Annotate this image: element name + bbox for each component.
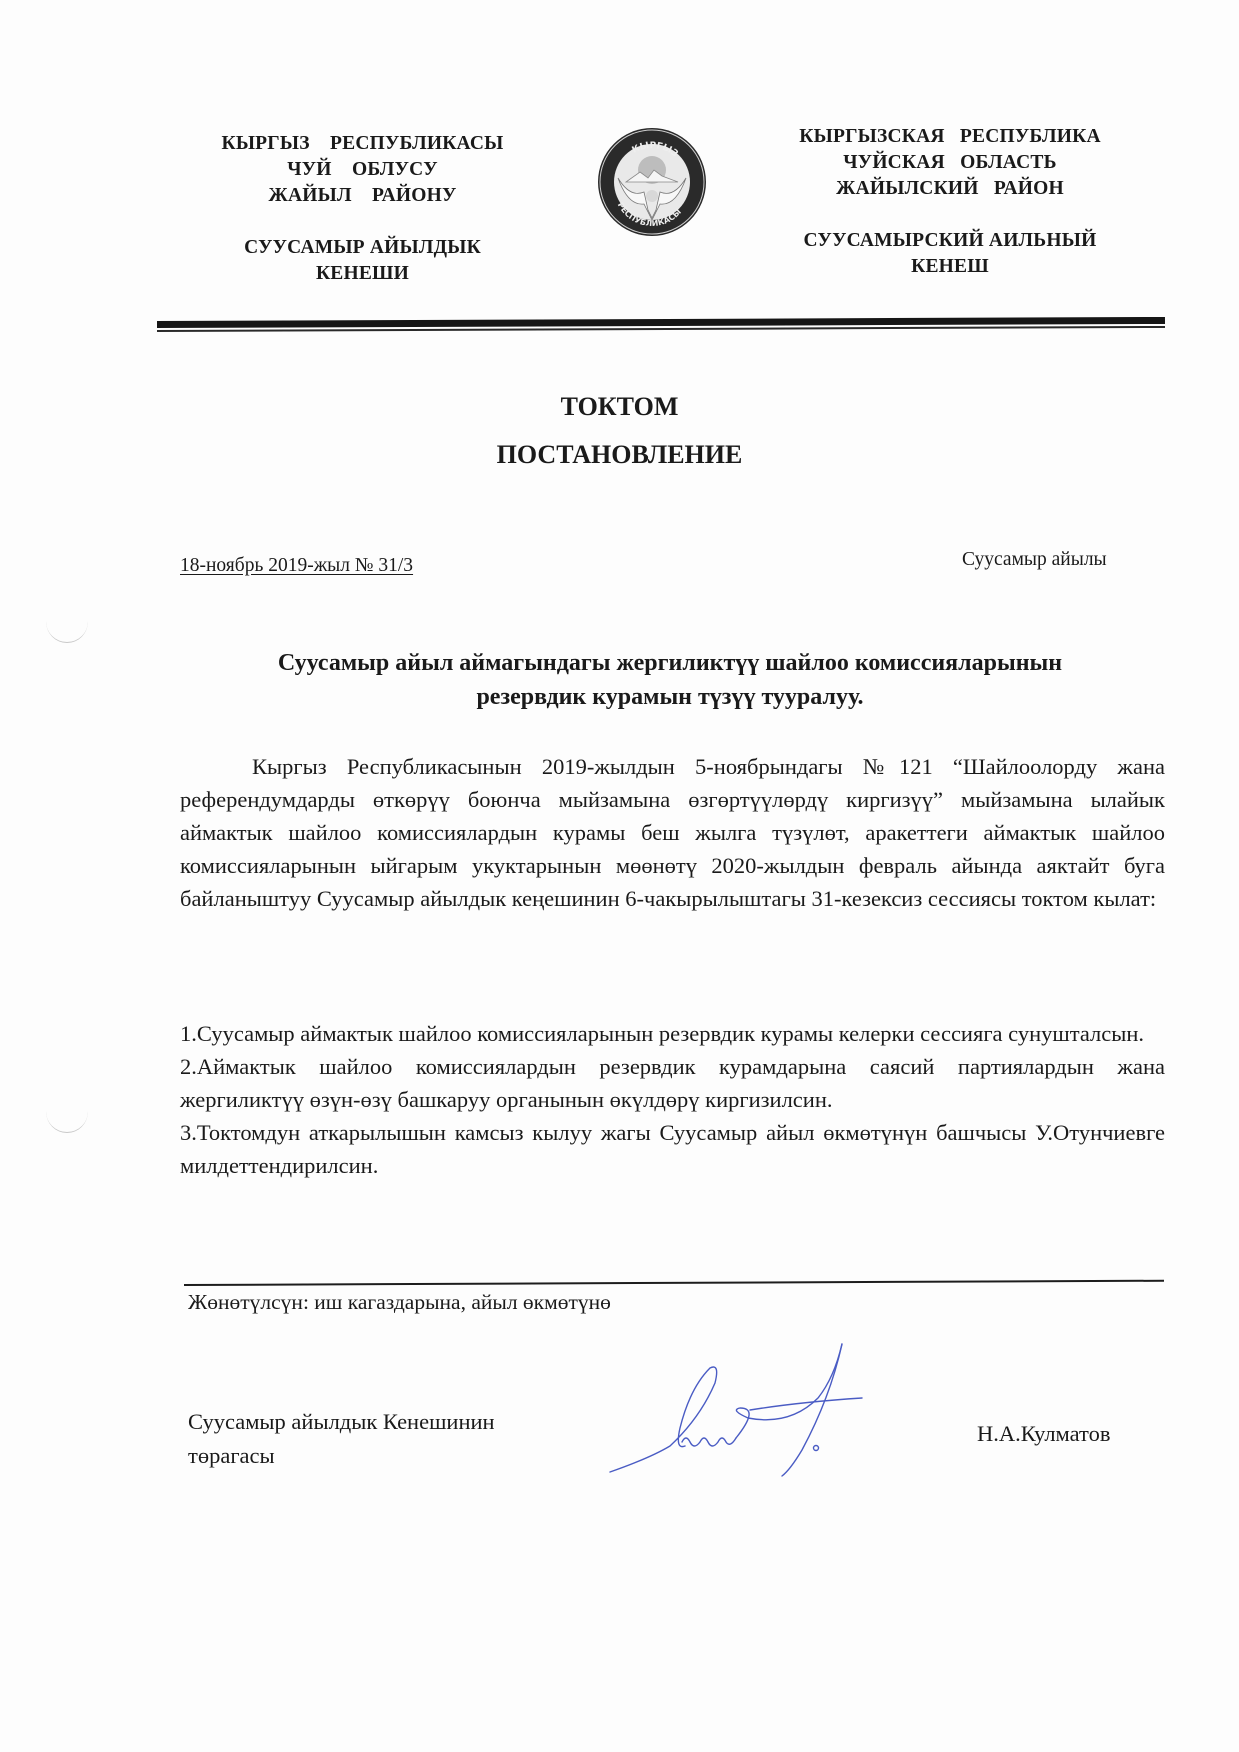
state-emblem-icon: КЫРГЫЗ РЕСПУБЛИКАСЫ [596, 126, 708, 238]
handwritten-signature-icon [590, 1338, 880, 1478]
place: Суусамыр айылы [962, 549, 1107, 571]
resolution-item-3: 3.Токтомдун аткарылышын камсыз кылуу жаг… [180, 1116, 1165, 1182]
header-russian: КЫРГЫЗСКАЯ РЕСПУБЛИКА ЧУЙСКАЯ ОБЛАСТЬ ЖА… [760, 124, 1140, 280]
header-district: ЖАЙЫЛ РАЙОНУ [190, 183, 535, 209]
header-org-ru-line2: КЕНЕШ [760, 254, 1140, 280]
header-region: ЧУЙ ОБЛУСУ [190, 157, 535, 183]
header-org-line1: СУУСАМЫР АЙЫЛДЫК [190, 235, 535, 261]
header-country: КЫРГЫЗ РЕСПУБЛИКАСЫ [190, 131, 535, 157]
header-org-line2: КЕНЕШИ [190, 261, 535, 287]
preamble: Кыргыз Республикасынын 2019-жылдын 5-ноя… [180, 750, 1165, 915]
header-district-ru: ЖАЙЫЛСКИЙ РАЙОН [760, 176, 1140, 202]
punch-hole-mark [46, 600, 88, 643]
resolution-items: 1.Суусамыр аймактык шайлоо комиссияларын… [180, 1017, 1165, 1182]
punch-hole-mark [46, 1090, 88, 1133]
header-region-ru: ЧУЙСКАЯ ОБЛАСТЬ [760, 150, 1140, 176]
signatory-name: Н.А.Кулматов [977, 1421, 1110, 1447]
footer-rule [184, 1280, 1164, 1286]
signatory-position-line1: Суусамыр айылдык Кенешинин [188, 1405, 495, 1439]
header-country-ru: КЫРГЫЗСКАЯ РЕСПУБЛИКА [760, 124, 1140, 150]
signatory-position: Суусамыр айылдык Кенешинин төрагасы [188, 1405, 495, 1473]
header-kyrgyz: КЫРГЫЗ РЕСПУБЛИКАСЫ ЧУЙ ОБЛУСУ ЖАЙЫЛ РАЙ… [190, 131, 535, 287]
subject-line2: резервдик курамын түзүү тууралуу. [180, 680, 1160, 714]
resolution-item-1: 1.Суусамыр аймактык шайлоо комиссияларын… [180, 1017, 1165, 1050]
resolution-item-2: 2.Аймактык шайлоо комиссиялардын резервд… [180, 1050, 1165, 1116]
date-number: 18-ноябрь 2019-жыл № 31/3 [180, 555, 413, 577]
header-org-ru-line1: СУУСАМЫРСКИЙ АИЛЬНЫЙ [760, 228, 1140, 254]
doc-title-ru: ПОСТАНОВЛЕНИЕ [0, 440, 1239, 470]
routing-note: Жөнөтүлсүн: иш кагаздарына, айыл өкмөтүн… [188, 1290, 611, 1315]
subject-line1: Суусамыр айыл аймагындагы жергиликтүү ша… [180, 646, 1160, 680]
signatory-position-line2: төрагасы [188, 1439, 495, 1473]
subject-heading: Суусамыр айыл аймагындагы жергиликтүү ша… [180, 646, 1160, 714]
doc-title-kg: ТОКТОМ [0, 392, 1239, 422]
